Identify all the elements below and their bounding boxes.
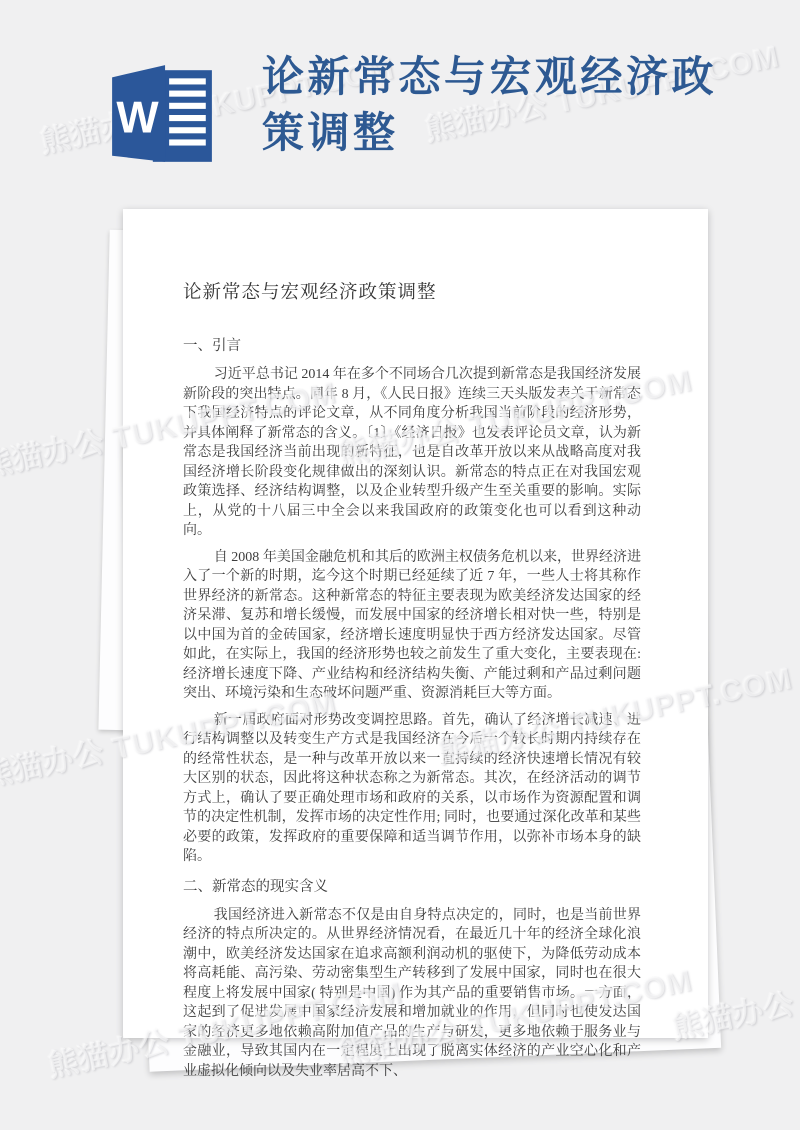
header: W 论新常态与宏观经济政策调整 [0,0,800,200]
document-paragraph: 我国经济进入新常态不仅是由自身特点决定的，同时，也是当前世界经济的特点所决定的。… [183,906,641,1082]
document-title: 论新常态与宏观经济政策调整 [183,280,641,306]
word-icon-letter: W [116,92,159,142]
document-content: 论新常态与宏观经济政策调整 一、引言习近平总书记 2014 年在多个不同场合几次… [123,209,708,1038]
document-paragraph: 新一届政府面对形势改变调控思路。首先，确认了经济增长减速、进行结构调整以及转变生… [183,711,641,867]
document-page: 论新常态与宏观经济政策调整 一、引言习近平总书记 2014 年在多个不同场合几次… [123,209,708,1038]
word-document-icon: W [106,64,218,166]
page-background: { "header": { "title": "论新常态与宏观经济政策调整", … [0,0,800,1130]
document-sections: 一、引言习近平总书记 2014 年在多个不同场合几次提到新常态是我国经济发展新阶… [183,336,641,1081]
page-title: 论新常态与宏观经济政策调整 [262,50,744,162]
document-paragraph: 习近平总书记 2014 年在多个不同场合几次提到新常态是我国经济发展新阶段的突出… [183,365,641,541]
section-heading: 二、新常态的现实含义 [183,877,641,897]
document-paragraph: 自 2008 年美国金融危机和其后的欧洲主权债务危机以来，世界经济进入了一个新的… [183,548,641,704]
section-heading: 一、引言 [183,336,641,356]
